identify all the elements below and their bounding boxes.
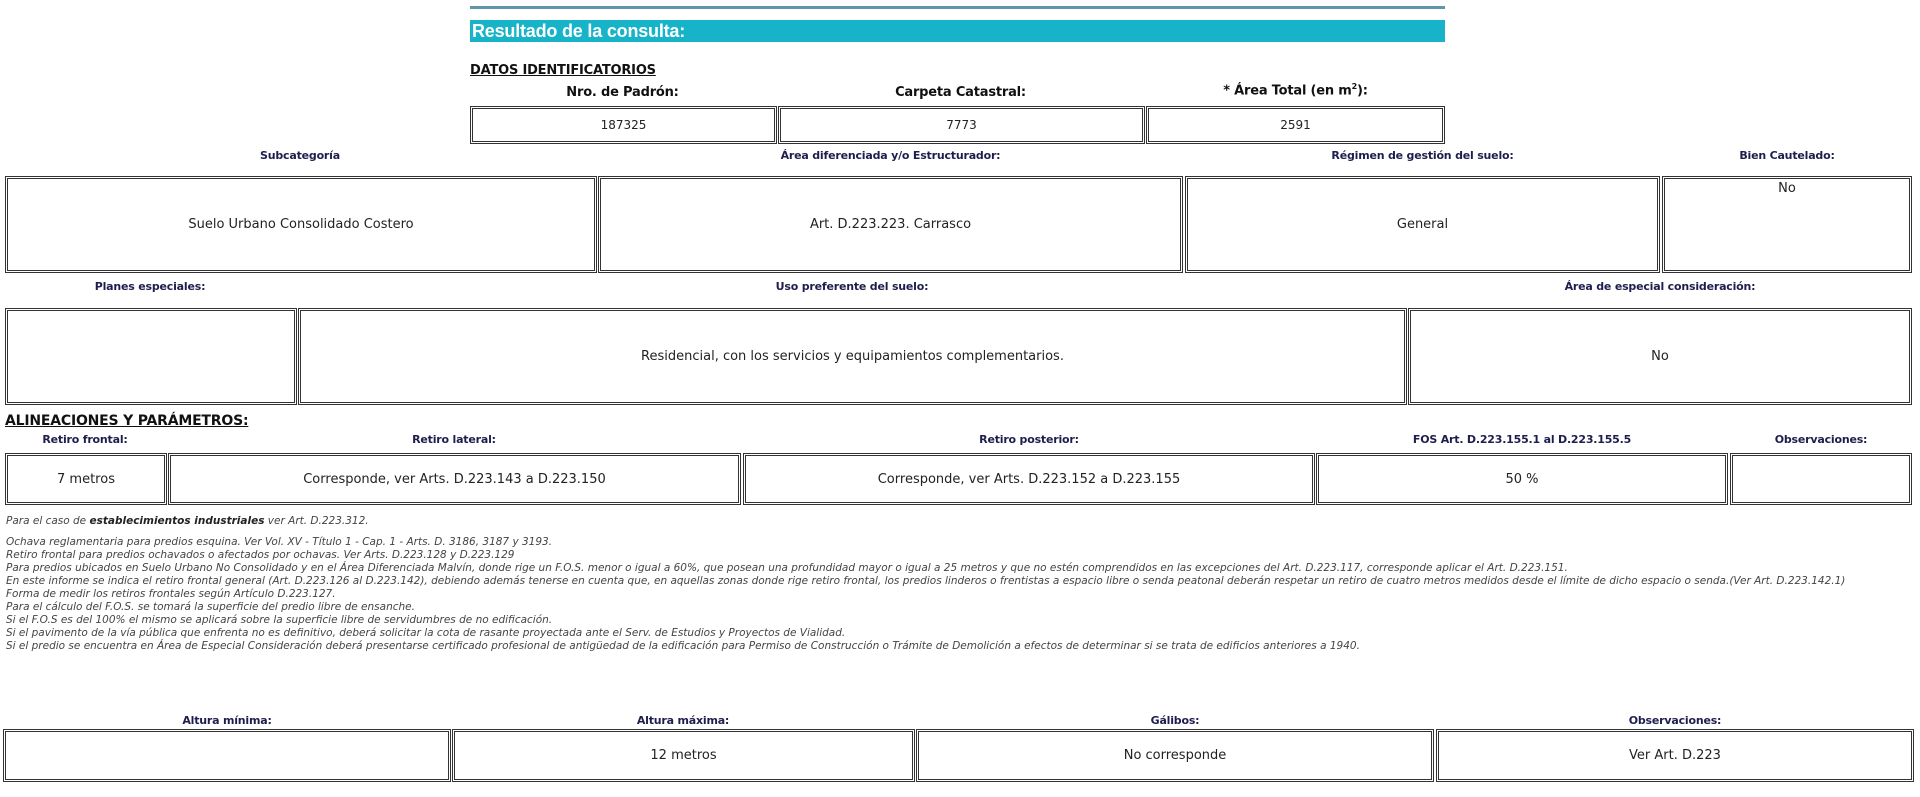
note-industrial-prefix: Para el caso de — [6, 515, 89, 527]
area-diferenciada-label: Área diferenciada y/o Estructurador: — [598, 149, 1183, 162]
retiro-posterior-value: Corresponde, ver Arts. D.223.152 a D.223… — [743, 453, 1315, 505]
result-header: Resultado de la consulta: — [470, 20, 1445, 42]
note-line: Si el F.O.S es del 100% el mismo se apli… — [6, 614, 1906, 627]
observaciones-alineaciones-value — [1730, 453, 1912, 505]
planes-especiales-value — [5, 308, 297, 405]
altura-maxima-label: Altura máxima: — [452, 714, 914, 727]
note-line: Ochava reglamentaria para predios esquin… — [6, 536, 1906, 549]
bien-cautelado-label: Bien Cautelado: — [1662, 149, 1912, 162]
note-line: Retiro frontal para predios ochavados o … — [6, 549, 1906, 562]
note-industrial-bold: establecimientos industriales — [89, 515, 264, 527]
area-total-value: 2591 — [1146, 106, 1445, 144]
regimen-label: Régimen de gestión del suelo: — [1185, 149, 1660, 162]
note-line: Si el pavimento de la vía pública que en… — [6, 627, 1906, 640]
section-title-datos: DATOS IDENTIFICATORIOS — [470, 63, 656, 78]
altura-maxima-value: 12 metros — [452, 729, 915, 782]
galibos-value: No corresponde — [916, 729, 1434, 782]
bien-cautelado-value: No — [1662, 176, 1912, 273]
planes-especiales-label: Planes especiales: — [5, 280, 295, 293]
retiro-frontal-value: 7 metros — [5, 453, 167, 505]
uso-preferente-label: Uso preferente del suelo: — [297, 280, 1407, 293]
note-line: Si el predio se encuentra en Área de Esp… — [6, 640, 1906, 653]
section-title-alineaciones: ALINEACIONES Y PARÁMETROS: — [5, 413, 248, 429]
altura-minima-value — [3, 729, 451, 782]
notes-block: Para el caso de establecimientos industr… — [6, 515, 1906, 653]
note-industrial-suffix: ver Art. D.223.312. — [264, 515, 368, 527]
area-diferenciada-value: Art. D.223.223. Carrasco — [598, 176, 1183, 273]
retiro-lateral-label: Retiro lateral: — [168, 433, 740, 446]
subcategoria-label: Subcategoría — [5, 149, 595, 162]
regimen-value: General — [1185, 176, 1660, 273]
area-total-label-text: * Área Total (en m — [1223, 83, 1351, 98]
carpeta-label: Carpeta Catastral: — [778, 85, 1143, 100]
area-especial-label: Área de especial consideración: — [1408, 280, 1912, 293]
observaciones-alturas-value: Ver Art. D.223 — [1436, 729, 1914, 782]
area-especial-value: No — [1408, 308, 1912, 405]
area-total-label-end: ): — [1357, 83, 1368, 98]
altura-minima-label: Altura mínima: — [3, 714, 451, 727]
padron-label: Nro. de Padrón: — [470, 85, 775, 100]
top-divider — [470, 6, 1445, 9]
padron-value: 187325 — [470, 106, 777, 144]
retiro-lateral-value: Corresponde, ver Arts. D.223.143 a D.223… — [168, 453, 741, 505]
area-total-label: * Área Total (en m2): — [1146, 82, 1445, 98]
galibos-label: Gálibos: — [916, 714, 1434, 727]
note-line: Para el cálculo del F.O.S. se tomará la … — [6, 601, 1906, 614]
observaciones-alineaciones-label: Observaciones: — [1730, 433, 1912, 446]
retiro-frontal-label: Retiro frontal: — [5, 433, 165, 446]
note-line: Para predios ubicados en Suelo Urbano No… — [6, 562, 1906, 575]
retiro-posterior-label: Retiro posterior: — [743, 433, 1315, 446]
subcategoria-value: Suelo Urbano Consolidado Costero — [5, 176, 597, 273]
note-industrial: Para el caso de establecimientos industr… — [6, 515, 1906, 528]
note-line: Forma de medir los retiros frontales seg… — [6, 588, 1906, 601]
fos-label: FOS Art. D.223.155.1 al D.223.155.5 — [1316, 433, 1728, 446]
fos-value: 50 % — [1316, 453, 1728, 505]
carpeta-value: 7773 — [778, 106, 1145, 144]
observaciones-alturas-label: Observaciones: — [1436, 714, 1914, 727]
note-line: En este informe se indica el retiro fron… — [6, 575, 1906, 588]
uso-preferente-value: Residencial, con los servicios y equipam… — [298, 308, 1407, 405]
